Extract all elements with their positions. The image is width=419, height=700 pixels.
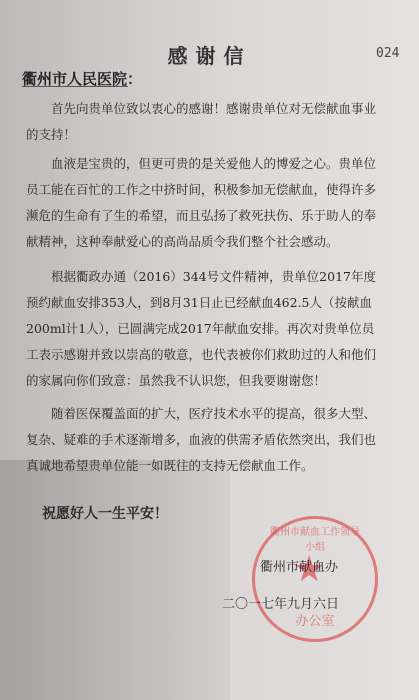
paper-shadow [0, 460, 230, 700]
document-title: 感谢信 [0, 40, 419, 69]
closing-blessing: 祝愿好人一生平安！ [42, 503, 168, 523]
signature-date: 二〇一七年九月六日 [222, 593, 339, 612]
signature-organization: 衢州市献血办 [260, 556, 338, 575]
paragraph-4: 随着医保覆盖面的扩大，医疗技术水平的提高，很多大型、复杂、疑难的手术逐渐增多，血… [26, 401, 382, 479]
page-number: 024 [376, 46, 399, 61]
paragraph-2: 血液是宝贵的，但更可贵的是关爱他人的博爱之心。贵单位员工能在百忙的工作之中挤时间… [26, 151, 382, 255]
official-seal: 衢州市献血工作领导小组 ★ 办公室 [252, 516, 378, 642]
seal-bottom-text: 办公室 [255, 610, 375, 629]
paragraph-1: 首先向贵单位致以衷心的感谢！感谢贵单位对无偿献血事业的支持！ [26, 96, 382, 148]
recipient-underline [22, 86, 128, 87]
paragraph-3: 根据衢政办通（2016）344号文件精神，贵单位2017年度预约献血安排353人… [26, 264, 382, 394]
